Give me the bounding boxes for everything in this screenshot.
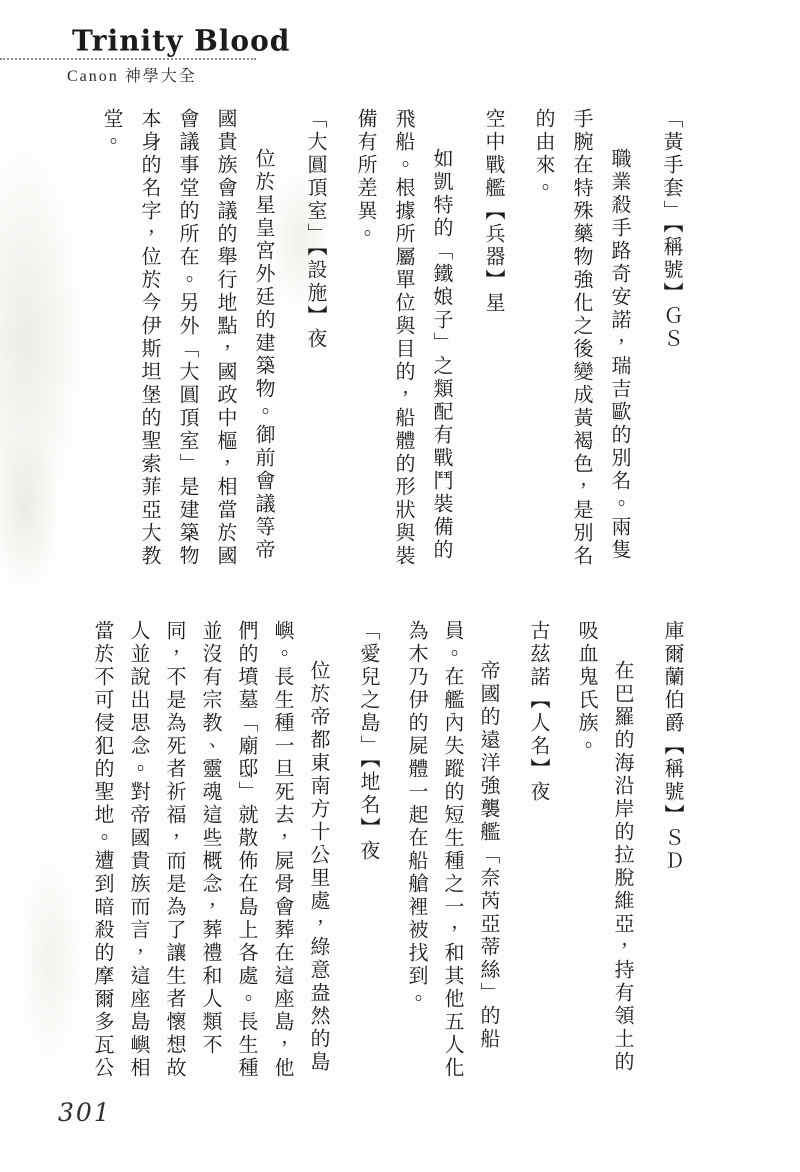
entry-body: 位於星皇宮外廷的建築物。御前會議等帝國貴族會議的舉行地點，國政中樞，相當於國會議… xyxy=(92,108,282,578)
entry-body: 如凱特的「鐵娘子」之類配有戰鬥裝備的飛船。根據所屬單位與目的，船體的形狀與裝備有… xyxy=(346,108,460,578)
glossary-section-top: 「黃手套」【稱號】ＧＳ 職業殺手路奇安諾，瑞吉歐的別名。兩隻手腕在特殊藥物強化之… xyxy=(80,108,690,578)
page-number: 301 xyxy=(58,1098,112,1127)
book-page: Trinity Blood Canon 神學大全 「黃手套」【稱號】ＧＳ 職業殺… xyxy=(0,0,800,1172)
entry-heading: 庫爾蘭伯爵【稱號】ＳＤ xyxy=(654,620,690,1090)
entry-body: 帝國的遠洋強襲艦「奈芮亞蒂絲」的船員。在艦內失蹤的短生種之一，和其他五人化為木乃… xyxy=(398,620,506,1090)
book-subtitle: Canon 神學大全 xyxy=(67,63,197,86)
glossary-entry: 古茲諾【人名】夜 帝國的遠洋強襲艦「奈芮亞蒂絲」的船員。在艦內失蹤的短生種之一，… xyxy=(398,620,556,1090)
entry-body: 職業殺手路奇安諾，瑞吉歐的別名。兩隻手腕在特殊藥物強化之後變成黃褐色，是別名的由… xyxy=(524,108,638,578)
glossary-entry: 「大圓頂室」【設施】夜 位於星皇宮外廷的建築物。御前會議等帝國貴族會議的舉行地點… xyxy=(92,108,334,578)
glossary-entry: 「黃手套」【稱號】ＧＳ 職業殺手路奇安諾，瑞吉歐的別名。兩隻手腕在特殊藥物強化之… xyxy=(524,108,690,578)
glossary-entry: 庫爾蘭伯爵【稱號】ＳＤ 在巴羅的海沿岸的拉脫維亞，持有領土的吸血鬼氏族。 xyxy=(568,620,690,1090)
entry-body: 位於帝都東南方十公里處，綠意盎然的島嶼。長生種一旦死去，屍骨會葬在這座島，他們的… xyxy=(84,620,336,1090)
glossary-section-bottom: 庫爾蘭伯爵【稱號】ＳＤ 在巴羅的海沿岸的拉脫維亞，持有領土的吸血鬼氏族。 古茲諾… xyxy=(72,620,690,1090)
paper-smudge xyxy=(0,150,80,530)
entry-body: 在巴羅的海沿岸的拉脫維亞，持有領土的吸血鬼氏族。 xyxy=(568,620,640,1090)
entry-heading: 「愛兒之島」【地名】夜 xyxy=(350,620,386,1090)
logo-underline-divider xyxy=(0,58,256,60)
paper-smudge xyxy=(0,430,60,590)
entry-heading: 空中戰艦【兵器】星 xyxy=(474,108,512,578)
entry-heading: 「大圓頂室」【設施】夜 xyxy=(296,108,334,578)
entry-heading: 「黃手套」【稱號】ＧＳ xyxy=(652,108,690,578)
paper-smudge xyxy=(20,860,80,1060)
entry-heading: 古茲諾【人名】夜 xyxy=(520,620,556,1090)
series-logo: Trinity Blood xyxy=(72,23,290,58)
glossary-entry: 空中戰艦【兵器】星 如凱特的「鐵娘子」之類配有戰鬥裝備的飛船。根據所屬單位與目的… xyxy=(346,108,512,578)
glossary-entry: 「愛兒之島」【地名】夜 位於帝都東南方十公里處，綠意盎然的島嶼。長生種一旦死去，… xyxy=(84,620,386,1090)
